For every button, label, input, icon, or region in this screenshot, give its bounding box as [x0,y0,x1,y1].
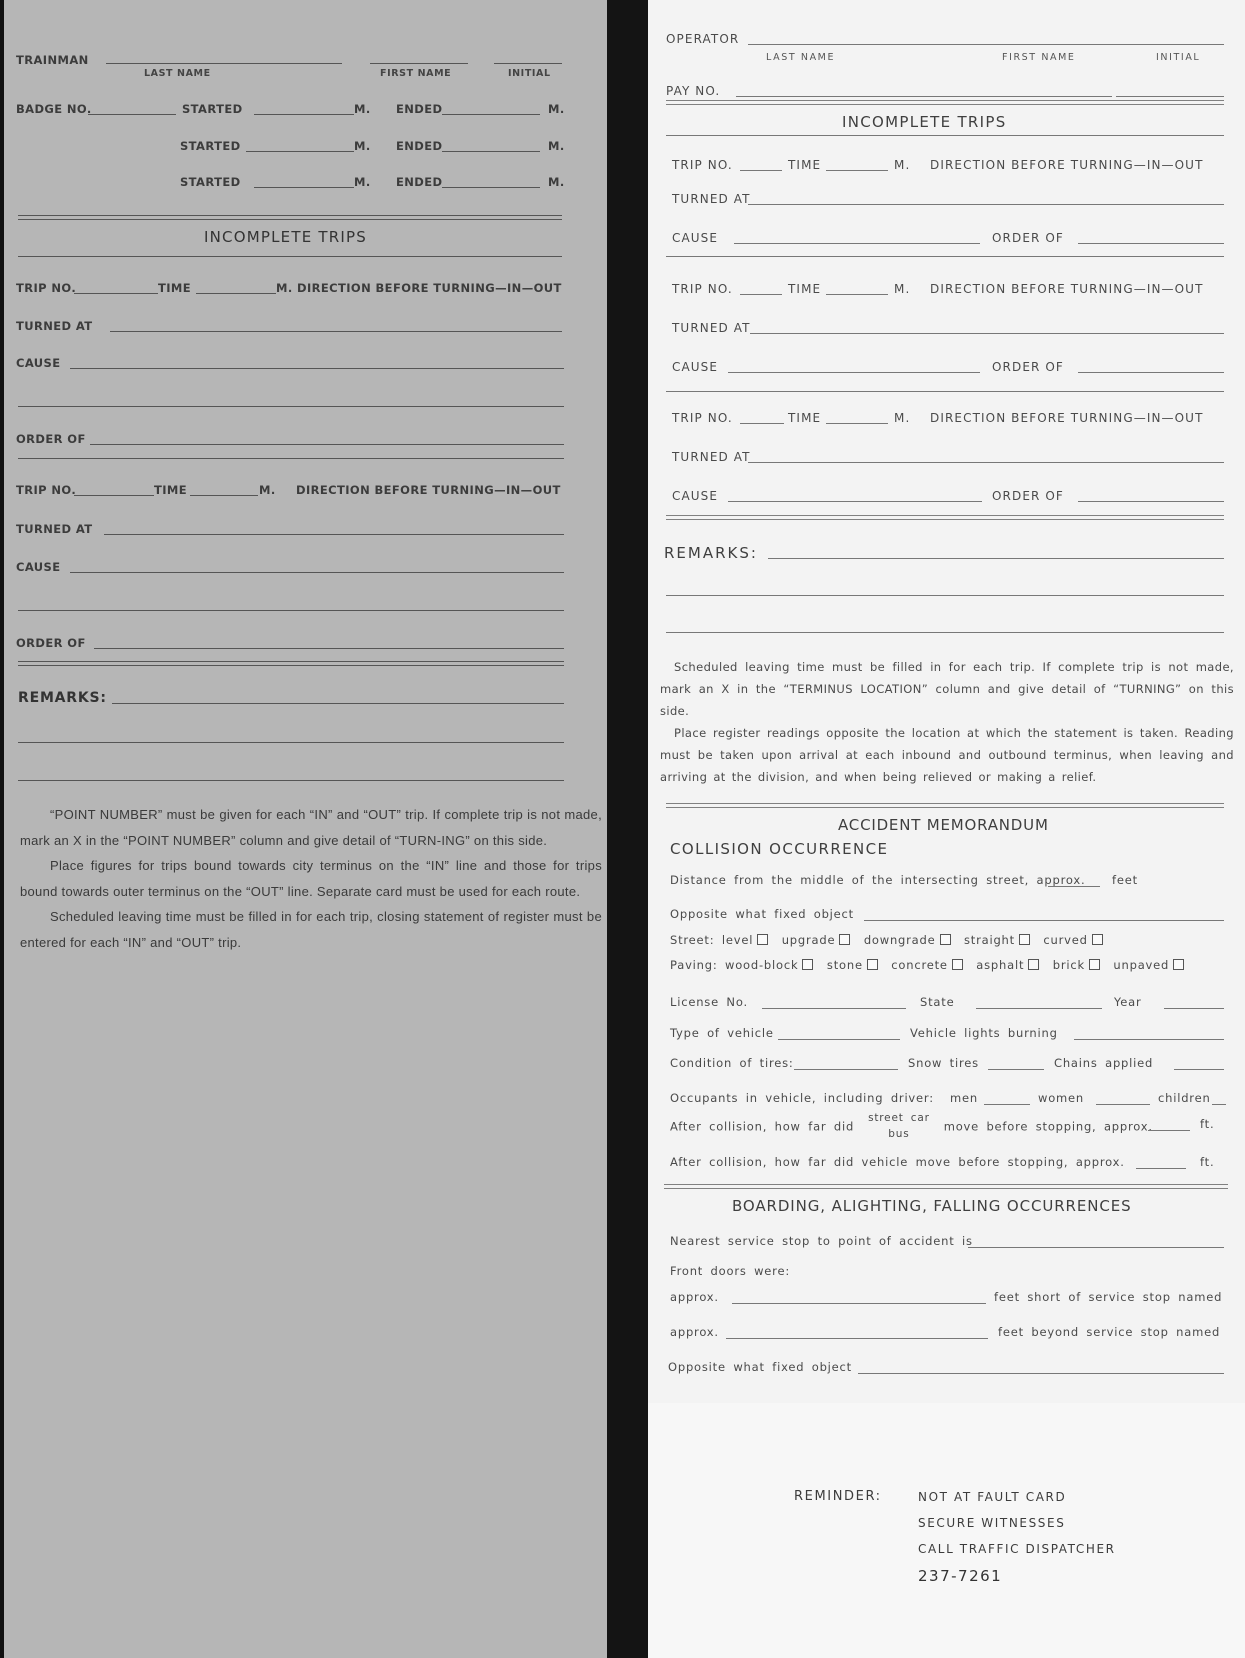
section-divider [18,256,562,257]
meridiem-label: M. [259,483,276,497]
turned-at-field[interactable] [748,204,1224,205]
tire-condition-label: Condition of tires: [670,1056,794,1070]
paving-option-label: concrete [891,958,948,972]
turned-at-field[interactable] [748,462,1224,463]
cause-label: CAUSE [16,560,60,574]
order-of-field[interactable] [1078,243,1224,244]
turned-at-label: TURNED AT [16,319,93,333]
cause-label: CAUSE [16,356,60,370]
turned-at-field[interactable] [104,534,564,535]
streetcar-option: street car [868,1112,930,1124]
trip-no-label: TRIP NO. [672,158,733,172]
paving-asphalt-checkbox[interactable] [1028,959,1039,970]
street-straight-checkbox[interactable] [1019,934,1030,945]
instruction-paragraph: Scheduled leaving time must be filled in… [660,656,1234,722]
meridiem-label: M. [548,102,565,116]
cause-field[interactable] [70,572,564,573]
year-label: Year [1114,995,1142,1009]
time-field[interactable] [826,423,888,424]
snow-tires-label: Snow tires [908,1056,979,1070]
time-field[interactable] [196,293,276,294]
direction-label: DIRECTION BEFORE TURNING—IN—OUT [296,483,561,497]
occupants-label: Occupants in vehicle, including driver: [670,1091,934,1105]
pay-no-field-extra[interactable] [1116,96,1224,97]
distance-field[interactable] [1048,886,1100,887]
turned-at-field[interactable] [110,331,562,332]
direction-label: DIRECTION BEFORE TURNING—IN—OUT [930,282,1204,296]
street-option-label: upgrade [782,933,836,947]
paving-options: Paving: wood-block stone concrete asphal… [670,958,1190,972]
paving-brick-checkbox[interactable] [1089,959,1100,970]
paving-concrete-checkbox[interactable] [952,959,963,970]
opposite-object-label: Opposite what fixed object [670,907,854,921]
started-time-field[interactable] [254,114,354,115]
instruction-paragraph: Scheduled leaving time must be filled in… [20,904,602,955]
section-divider [18,458,564,459]
trip-no-label: TRIP NO. [16,483,76,497]
instruction-paragraph: “POINT NUMBER” must be given for each “I… [20,802,602,853]
cause-field[interactable] [728,501,982,502]
order-of-field[interactable] [1078,501,1224,502]
street-options: Street: level upgrade downgrade straight… [670,933,1109,947]
remarks-field-line-3[interactable] [18,780,564,781]
pay-no-field[interactable] [736,96,1112,97]
approx-label: approx. [670,1325,719,1339]
time-field[interactable] [826,294,888,295]
street-upgrade-checkbox[interactable] [839,934,850,945]
feet-short-label: feet short of service stop named [994,1290,1222,1304]
time-field[interactable] [190,495,258,496]
opposite-object-field[interactable] [864,920,1224,921]
snow-tires-field[interactable] [988,1069,1044,1070]
section-divider [18,661,564,666]
feet-short-field[interactable] [732,1303,986,1304]
tire-condition-field[interactable] [794,1069,898,1070]
order-of-label: ORDER OF [16,432,86,446]
nearest-stop-label: Nearest service stop to point of acciden… [670,1234,973,1248]
distance-label: Distance from the middle of the intersec… [670,873,1085,887]
time-label: TIME [154,483,187,497]
ended-time-field[interactable] [442,151,540,152]
paving-option-label: asphalt [976,958,1024,972]
street-label: Street: [670,933,714,947]
children-count-field[interactable] [1212,1104,1226,1105]
order-of-field[interactable] [90,444,564,445]
direction-label: DIRECTION BEFORE TURNING—IN—OUT [930,411,1204,425]
ended-label: ENDED [396,139,442,153]
instructions-text: Scheduled leaving time must be filled in… [660,656,1234,788]
started-time-field[interactable] [246,151,354,152]
reminder-item: CALL TRAFFIC DISPATCHER [918,1542,1116,1556]
paving-option-label: unpaved [1113,958,1169,972]
paving-stone-checkbox[interactable] [867,959,878,970]
cause-field[interactable] [734,243,980,244]
paving-option-label: stone [827,958,863,972]
paving-option-label: brick [1053,958,1085,972]
trip-no-field[interactable] [740,294,782,295]
meridiem-label: M. [894,282,910,296]
cause-label: CAUSE [672,231,718,245]
vehicle-lights-field[interactable] [1074,1039,1224,1040]
trip-no-field[interactable] [740,170,782,171]
remarks-field-line-2[interactable] [666,595,1224,596]
order-of-label: ORDER OF [16,636,86,650]
trip-no-label: TRIP NO. [16,281,76,295]
time-field[interactable] [826,170,888,171]
ended-time-field[interactable] [442,187,540,188]
card-bottom-strip [648,1403,1245,1658]
paving-unpaved-checkbox[interactable] [1173,959,1184,970]
order-of-field[interactable] [1078,372,1224,373]
children-label: children [1158,1091,1211,1105]
trainman-first-name-field[interactable] [370,63,468,64]
vehicle-lights-label: Vehicle lights burning [910,1026,1058,1040]
cause-label: CAUSE [672,360,718,374]
trainman-label: TRAINMAN [16,53,89,67]
trip-no-field[interactable] [740,423,784,424]
street-downgrade-checkbox[interactable] [940,934,951,945]
street-option-label: level [722,933,753,947]
bus-option: bus [888,1128,909,1140]
time-label: TIME [788,411,821,425]
meridiem-label: M. [548,175,565,189]
opposite-object-field[interactable] [858,1373,1224,1374]
initial-caption: INITIAL [508,68,551,79]
paving-option-label: wood-block [725,958,798,972]
front-doors-label: Front doors were: [670,1264,790,1278]
street-curved-checkbox[interactable] [1092,934,1103,945]
started-label: STARTED [180,139,241,153]
started-time-field[interactable] [254,187,354,188]
incomplete-trips-heading: INCOMPLETE TRIPS [842,113,1007,131]
reminder-item: SECURE WITNESSES [918,1516,1065,1530]
streetcar-bus-options: street carbus [868,1110,930,1142]
opposite-object-label: Opposite what fixed object [668,1360,852,1374]
men-count-field[interactable] [984,1104,1030,1105]
cause-field[interactable] [70,368,564,369]
last-name-caption: LAST NAME [766,52,835,63]
meridiem-label: M. [894,411,910,425]
license-no-label: License No. [670,995,748,1009]
cause-label: CAUSE [672,489,718,503]
trainman-initial-field[interactable] [494,63,562,64]
turned-at-label: TURNED AT [16,522,93,536]
ft-unit: ft. [1200,1155,1214,1169]
trip-no-field[interactable] [74,293,158,294]
trainman-last-name-field[interactable] [106,63,342,64]
feet-beyond-field[interactable] [726,1338,988,1339]
streetcar-move-prefix: After collision, how far did [670,1120,854,1134]
remarks-field-line-3[interactable] [666,632,1224,633]
meridiem-label: M. [354,139,371,153]
remarks-field[interactable] [112,703,564,704]
state-field[interactable] [976,1008,1102,1009]
section-divider [18,215,562,220]
ended-label: ENDED [396,102,442,116]
time-label: TIME [788,158,821,172]
vehicle-distance-field[interactable] [1136,1168,1186,1169]
trainman-card: TRAINMAN LAST NAME FIRST NAME INITIAL BA… [4,0,607,1658]
street-option-label: curved [1043,933,1087,947]
meridiem-label: M. [894,158,910,172]
street-option-label: downgrade [864,933,936,947]
turned-at-label: TURNED AT [672,192,751,206]
cause-field-line-2[interactable] [18,610,564,611]
section-divider [666,100,1224,105]
state-label: State [920,995,954,1009]
remarks-field[interactable] [768,558,1224,559]
order-of-field[interactable] [94,648,564,649]
streetcar-movement-row: After collision, how far didstreet carbu… [670,1111,1153,1143]
women-label: women [1038,1091,1084,1105]
initial-caption: INITIAL [1156,52,1200,63]
chains-applied-label: Chains applied [1054,1056,1153,1070]
order-of-label: ORDER OF [992,489,1064,503]
first-name-caption: FIRST NAME [1002,52,1076,63]
trip-no-label: TRIP NO. [672,282,733,296]
boarding-heading: BOARDING, ALIGHTING, FALLING OCCURRENCES [732,1197,1132,1215]
order-of-label: ORDER OF [992,231,1064,245]
direction-label: DIRECTION BEFORE TURNING—IN—OUT [930,158,1204,172]
vehicle-type-label: Type of vehicle [670,1026,774,1040]
instructions-text: “POINT NUMBER” must be given for each “I… [20,802,602,955]
distance-row: Distance from the middle of the intersec… [670,873,1085,887]
turned-at-label: TURNED AT [672,321,751,335]
pay-no-label: PAY NO. [666,84,720,98]
meridiem-label: M. [548,139,565,153]
trip-no-field[interactable] [74,495,154,496]
incomplete-trips-heading: INCOMPLETE TRIPS [204,228,367,246]
reminder-label: REMINDER: [794,1489,882,1504]
nearest-stop-field[interactable] [968,1247,1224,1248]
paving-wood-block-checkbox[interactable] [802,959,813,970]
cause-field[interactable] [728,372,980,373]
men-label: men [950,1091,978,1105]
women-count-field[interactable] [1096,1104,1150,1105]
time-label: TIME [788,282,821,296]
streetcar-distance-field[interactable] [1148,1130,1190,1131]
section-divider [664,1184,1228,1189]
operator-card: OPERATOR LAST NAME FIRST NAME INITIAL PA… [648,0,1245,1658]
started-label: STARTED [180,175,241,189]
meridiem-label: M. [354,175,371,189]
last-name-caption: LAST NAME [144,68,211,79]
vehicle-move-label: After collision, how far did vehicle mov… [670,1155,1125,1169]
first-name-caption: FIRST NAME [380,68,451,79]
scan-gutter [607,0,648,1658]
order-of-label: ORDER OF [992,360,1064,374]
streetcar-move-suffix: move before stopping, approx. [944,1120,1153,1134]
section-divider [666,135,1224,136]
paving-label: Paving: [670,958,718,972]
instruction-paragraph: Place register readings opposite the loc… [660,722,1234,788]
time-label: TIME [158,281,191,295]
remarks-field-line-2[interactable] [18,742,564,743]
remarks-label: REMARKS: [18,690,107,706]
operator-name-field[interactable] [748,44,1224,45]
license-no-field[interactable] [762,1008,906,1009]
ft-unit: ft. [1200,1117,1214,1131]
street-option-label: straight [964,933,1015,947]
collision-occurrence-heading: COLLISION OCCURRENCE [670,840,888,858]
section-divider [666,256,1224,257]
meridiem-label: M. [354,102,371,116]
started-label: STARTED [182,102,243,116]
chains-applied-field[interactable] [1174,1069,1224,1070]
direction-label: M. DIRECTION BEFORE TURNING—IN—OUT [276,281,562,295]
accident-memorandum-heading: ACCIDENT MEMORANDUM [838,816,1049,834]
instruction-paragraph: Place figures for trips bound towards ci… [20,853,602,904]
section-divider [666,803,1224,808]
operator-label: OPERATOR [666,32,739,46]
badge-no-label: BADGE NO. [16,102,92,116]
remarks-label: REMARKS: [664,544,758,562]
ended-time-field[interactable] [442,114,540,115]
turned-at-label: TURNED AT [672,450,751,464]
vehicle-type-field[interactable] [778,1039,900,1040]
dispatcher-phone-number: 237-7261 [918,1567,1002,1585]
turned-at-field[interactable] [750,333,1224,334]
cause-field-line-2[interactable] [18,406,564,407]
approx-label: approx. [670,1290,719,1304]
year-field[interactable] [1164,1008,1224,1009]
trip-no-label: TRIP NO. [672,411,733,425]
street-level-checkbox[interactable] [757,934,768,945]
badge-no-field[interactable] [88,114,176,115]
feet-unit: feet [1112,873,1138,887]
feet-beyond-label: feet beyond service stop named [998,1325,1220,1339]
ended-label: ENDED [396,175,442,189]
section-divider [666,391,1224,392]
section-divider [666,515,1224,520]
reminder-item: NOT AT FAULT CARD [918,1490,1066,1504]
